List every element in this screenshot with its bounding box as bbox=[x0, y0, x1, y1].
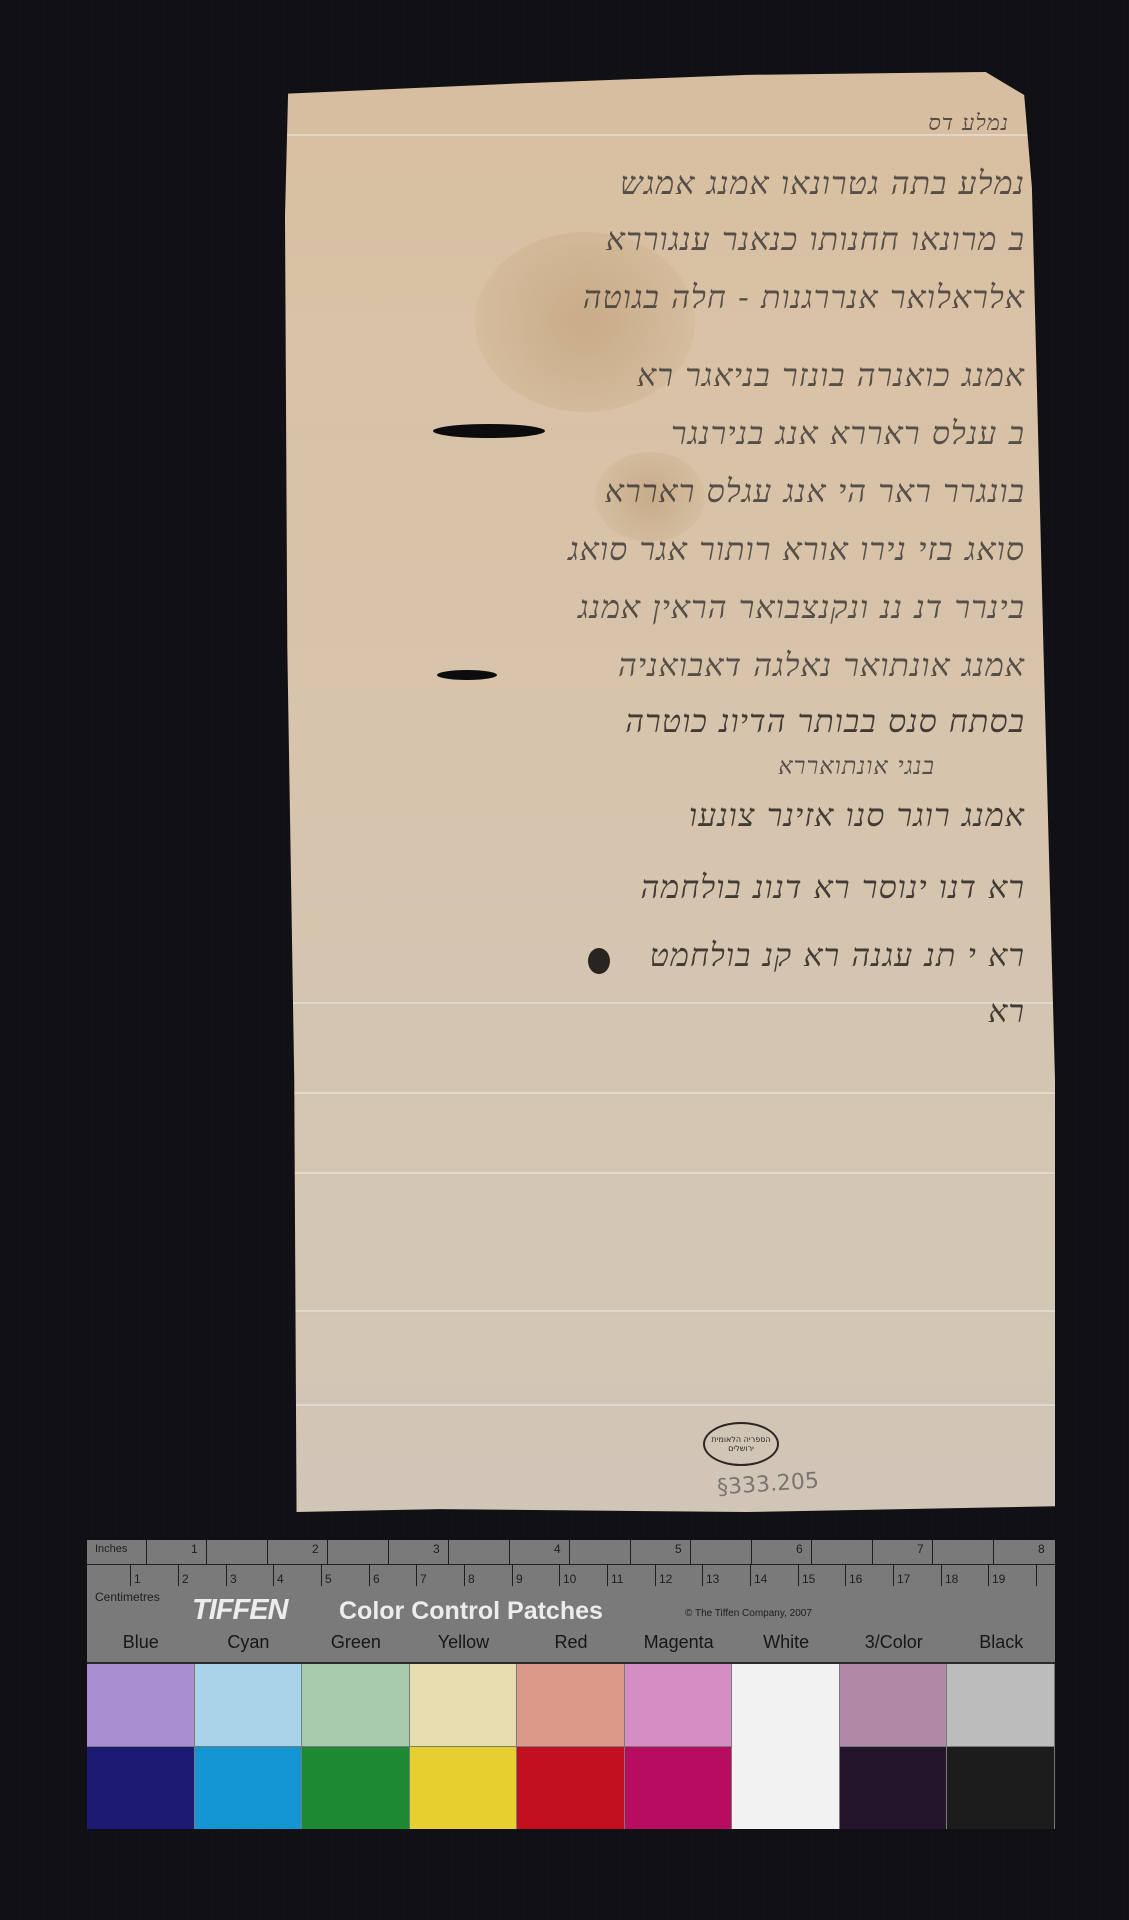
patch-light-white bbox=[732, 1664, 839, 1829]
patch-label-yellow: Yellow bbox=[410, 1632, 518, 1662]
cm-tick-label: 12 bbox=[659, 1572, 672, 1586]
ruler-tick bbox=[267, 1540, 268, 1564]
patch-label-white: White bbox=[732, 1632, 840, 1662]
ruler-tick bbox=[321, 1564, 322, 1586]
fold-line bbox=[285, 1404, 1055, 1407]
ruler-tick bbox=[416, 1564, 417, 1586]
ruler-tick bbox=[512, 1564, 513, 1586]
ruler-tick bbox=[226, 1564, 227, 1586]
ruler-tick bbox=[1036, 1564, 1037, 1586]
ruler-tick bbox=[146, 1540, 147, 1564]
stamp-line-1: הספריה הלאומית bbox=[711, 1435, 770, 1444]
inch-tick-label: 2 bbox=[312, 1542, 319, 1556]
paper-hole bbox=[433, 424, 545, 438]
ruler-tick bbox=[509, 1540, 510, 1564]
shelfmark: §333.205 bbox=[716, 1468, 819, 1500]
tiffen-logo: TIFFEN bbox=[192, 1594, 288, 1627]
patch-light-cyan bbox=[195, 1664, 302, 1746]
text-line: אמנג כואנרה בונזר בניאגר רא bbox=[637, 356, 1025, 394]
ruler-tick bbox=[130, 1564, 131, 1586]
patch-dark-3color bbox=[840, 1747, 947, 1829]
cm-tick-label: 19 bbox=[992, 1572, 1005, 1586]
ruler-tick bbox=[872, 1540, 873, 1564]
marginal-note: נמלע דס bbox=[928, 110, 1009, 136]
ruler-tick bbox=[932, 1540, 933, 1564]
inch-tick-label: 6 bbox=[796, 1542, 803, 1556]
cm-tick-label: 6 bbox=[373, 1572, 380, 1586]
fold-line bbox=[285, 1172, 1055, 1175]
cm-tick-label: 16 bbox=[849, 1572, 862, 1586]
color-patches bbox=[87, 1662, 1055, 1831]
fold-line bbox=[285, 1092, 1055, 1095]
patch-label-magenta: Magenta bbox=[625, 1632, 733, 1662]
cm-tick-label: 11 bbox=[611, 1572, 623, 1586]
ruler-tick bbox=[845, 1564, 846, 1586]
cm-tick-label: 13 bbox=[706, 1572, 719, 1586]
cm-tick-label: 1 bbox=[134, 1572, 141, 1586]
cm-tick-label: 15 bbox=[802, 1572, 815, 1586]
patch-dark-green bbox=[302, 1747, 409, 1829]
patch-label-cyan: Cyan bbox=[195, 1632, 303, 1662]
ruler-tick bbox=[273, 1564, 274, 1586]
patch-label-black: Black bbox=[948, 1632, 1056, 1662]
patch-light-3color bbox=[840, 1664, 947, 1746]
ruler-tick bbox=[798, 1564, 799, 1586]
library-stamp: הספריה הלאומית ירושלים bbox=[703, 1422, 779, 1466]
patch-label-red: Red bbox=[517, 1632, 625, 1662]
inches-label: Inches bbox=[95, 1543, 127, 1555]
text-line: ב מרונאו חחנותו כנאנר ענגוררא bbox=[606, 220, 1025, 258]
ruler-tick bbox=[369, 1564, 370, 1586]
ruler-tick bbox=[559, 1564, 560, 1586]
text-line: סואג בזי נירו אורא רותור אגר סואג bbox=[568, 530, 1025, 568]
ruler-tick bbox=[750, 1564, 751, 1586]
ruler-tick bbox=[464, 1564, 465, 1586]
ruler-tick bbox=[941, 1564, 942, 1586]
chart-header: Centimetres TIFFEN Color Control Patches… bbox=[87, 1592, 1055, 1630]
ruler-tick bbox=[893, 1564, 894, 1586]
patch-light-green bbox=[302, 1664, 409, 1746]
patch-dark-cyan bbox=[195, 1747, 302, 1829]
chart-title: Color Control Patches bbox=[339, 1597, 603, 1626]
inch-ruler: Inches 1 2 3 4 5 6 7 8 bbox=[87, 1540, 1055, 1565]
ruler-tick bbox=[988, 1564, 989, 1586]
patch-dark-red bbox=[517, 1747, 624, 1829]
text-line: רא י תנ עגנה רא קנ בולחמט bbox=[650, 936, 1025, 974]
text-line: אמנג אונתואר נאלגה דאבואניה bbox=[618, 646, 1025, 684]
cm-tick-label: 9 bbox=[516, 1572, 523, 1586]
ruler-tick bbox=[702, 1564, 703, 1586]
inch-tick-label: 5 bbox=[675, 1542, 682, 1556]
ruler-tick bbox=[811, 1540, 812, 1564]
patch-light-red bbox=[517, 1664, 624, 1746]
patch-labels: Blue Cyan Green Yellow Red Magenta White… bbox=[87, 1632, 1055, 1662]
ruler-tick bbox=[655, 1564, 656, 1586]
cm-tick-label: 8 bbox=[468, 1572, 475, 1586]
text-line: רא דנו ינוסר רא דנונ בולחמה bbox=[641, 868, 1025, 906]
cm-ruler: 1 2 3 4 5 6 7 8 9 10 11 12 13 14 15 16 1… bbox=[87, 1564, 1055, 1588]
cm-tick-label: 5 bbox=[325, 1572, 332, 1586]
ink-blot bbox=[588, 948, 610, 974]
ruler-tick bbox=[327, 1540, 328, 1564]
patch-light-black bbox=[947, 1664, 1054, 1746]
inch-tick-label: 3 bbox=[433, 1542, 440, 1556]
cm-tick-label: 7 bbox=[420, 1572, 427, 1586]
patch-dark-black bbox=[947, 1747, 1054, 1829]
ruler-tick bbox=[751, 1540, 752, 1564]
patch-label-green: Green bbox=[302, 1632, 410, 1662]
fold-line bbox=[285, 1002, 1055, 1005]
fold-line bbox=[285, 1310, 1055, 1313]
centimetres-label: Centimetres bbox=[95, 1590, 160, 1604]
cm-tick-label: 18 bbox=[945, 1572, 958, 1586]
cm-tick-label: 2 bbox=[182, 1572, 189, 1586]
ruler-tick bbox=[690, 1540, 691, 1564]
cm-tick-label: 4 bbox=[277, 1572, 284, 1586]
manuscript-page: נמלע דס נמלע בתה גטרונאו אמנג אמגש ב מרו… bbox=[285, 72, 1055, 1512]
patch-light-yellow bbox=[410, 1664, 517, 1746]
patch-dark-blue bbox=[87, 1747, 194, 1829]
ruler-tick bbox=[206, 1540, 207, 1564]
ruler-tick bbox=[178, 1564, 179, 1586]
text-line: ב ענלס ראררא אנג בנירנגר bbox=[671, 414, 1025, 452]
stamp-line-2: ירושלים bbox=[728, 1444, 754, 1453]
cm-tick-label: 14 bbox=[754, 1572, 767, 1586]
text-line: נמלע בתה גטרונאו אמנג אמגש bbox=[620, 164, 1025, 202]
ruler-tick bbox=[569, 1540, 570, 1564]
cm-tick-label: 17 bbox=[897, 1572, 910, 1586]
patch-light-magenta bbox=[625, 1664, 732, 1746]
inch-tick-label: 7 bbox=[917, 1542, 924, 1556]
text-line: בנגי אונתואררא bbox=[778, 752, 935, 781]
inch-tick-label: 1 bbox=[191, 1542, 198, 1556]
patch-dark-magenta bbox=[625, 1747, 732, 1829]
ruler-tick bbox=[630, 1540, 631, 1564]
patch-label-3color: 3/Color bbox=[840, 1632, 948, 1662]
ruler-tick bbox=[448, 1540, 449, 1564]
text-line: בונגרר ראר הי אנג עגלס ראררא bbox=[605, 472, 1025, 510]
text-line: בסתח סנס בבותר הדיונ כוטרה bbox=[625, 702, 1025, 740]
ruler-tick bbox=[993, 1540, 994, 1564]
ruler-tick bbox=[607, 1564, 608, 1586]
cm-tick-label: 3 bbox=[230, 1572, 237, 1586]
patch-dark-yellow bbox=[410, 1747, 517, 1829]
cm-tick-label: 10 bbox=[563, 1572, 576, 1586]
patch-label-blue: Blue bbox=[87, 1632, 195, 1662]
text-line: בינרר דנ ננ ונקנצבואר הראין אמנג bbox=[578, 588, 1025, 626]
copyright-notice: © The Tiffen Company, 2007 bbox=[685, 1608, 812, 1619]
paper-hole bbox=[437, 670, 497, 680]
ruler-tick bbox=[388, 1540, 389, 1564]
text-line: אמנג רוגר סנו אזינר צונעו bbox=[689, 796, 1025, 834]
text-line: רא bbox=[988, 992, 1025, 1030]
text-line: אלראלואר אנררגנות - חלה בגוטה bbox=[583, 278, 1025, 316]
inch-tick-label: 4 bbox=[554, 1542, 561, 1556]
patch-light-blue bbox=[87, 1664, 194, 1746]
color-control-chart: Inches 1 2 3 4 5 6 7 8 bbox=[87, 1540, 1055, 1829]
inch-tick-label: 8 bbox=[1038, 1542, 1045, 1556]
